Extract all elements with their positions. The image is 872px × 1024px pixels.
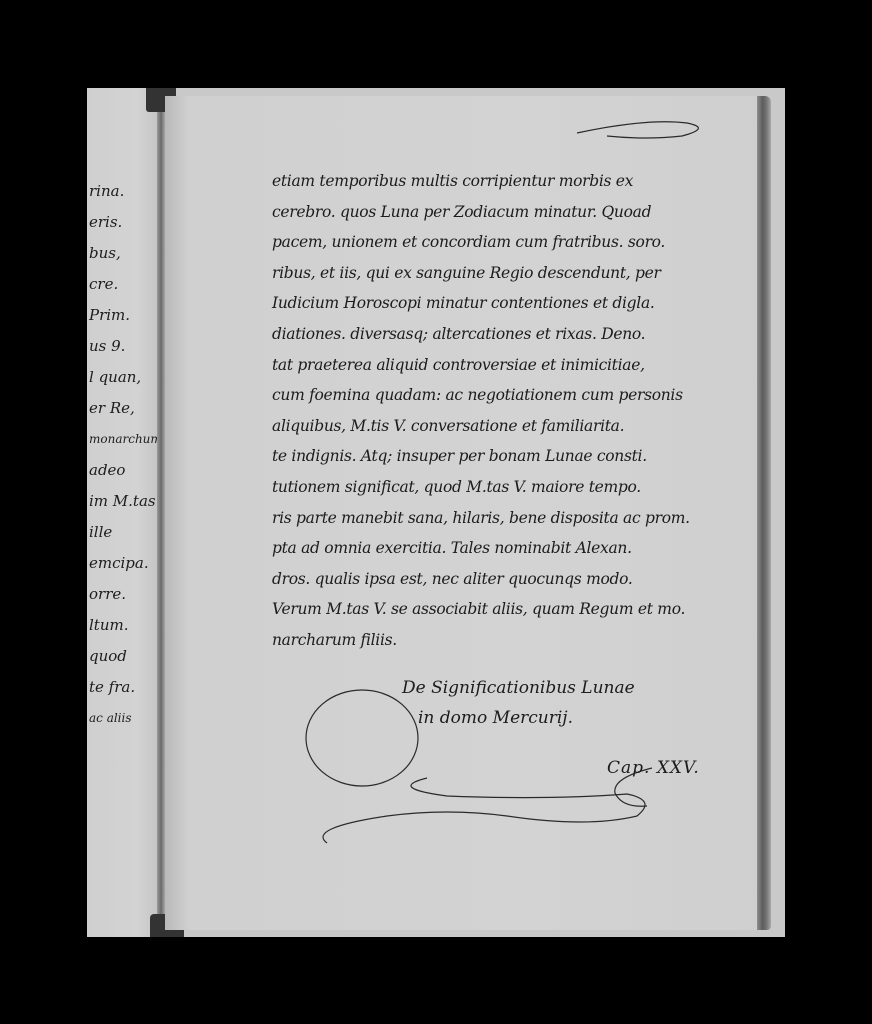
manuscript-scan: rina. eris. bus, cre. Prim. us 9. l quan… — [87, 88, 785, 937]
section-heading-line1: De Significationibus Lunae — [402, 673, 635, 703]
section-heading-line2: in domo Mercurij. — [402, 703, 635, 733]
section-heading: De Significationibus Lunae in domo Mercu… — [402, 673, 635, 733]
chapter-label: Cap. XXV. — [607, 758, 700, 778]
decorative-flourish-icon — [87, 88, 785, 937]
